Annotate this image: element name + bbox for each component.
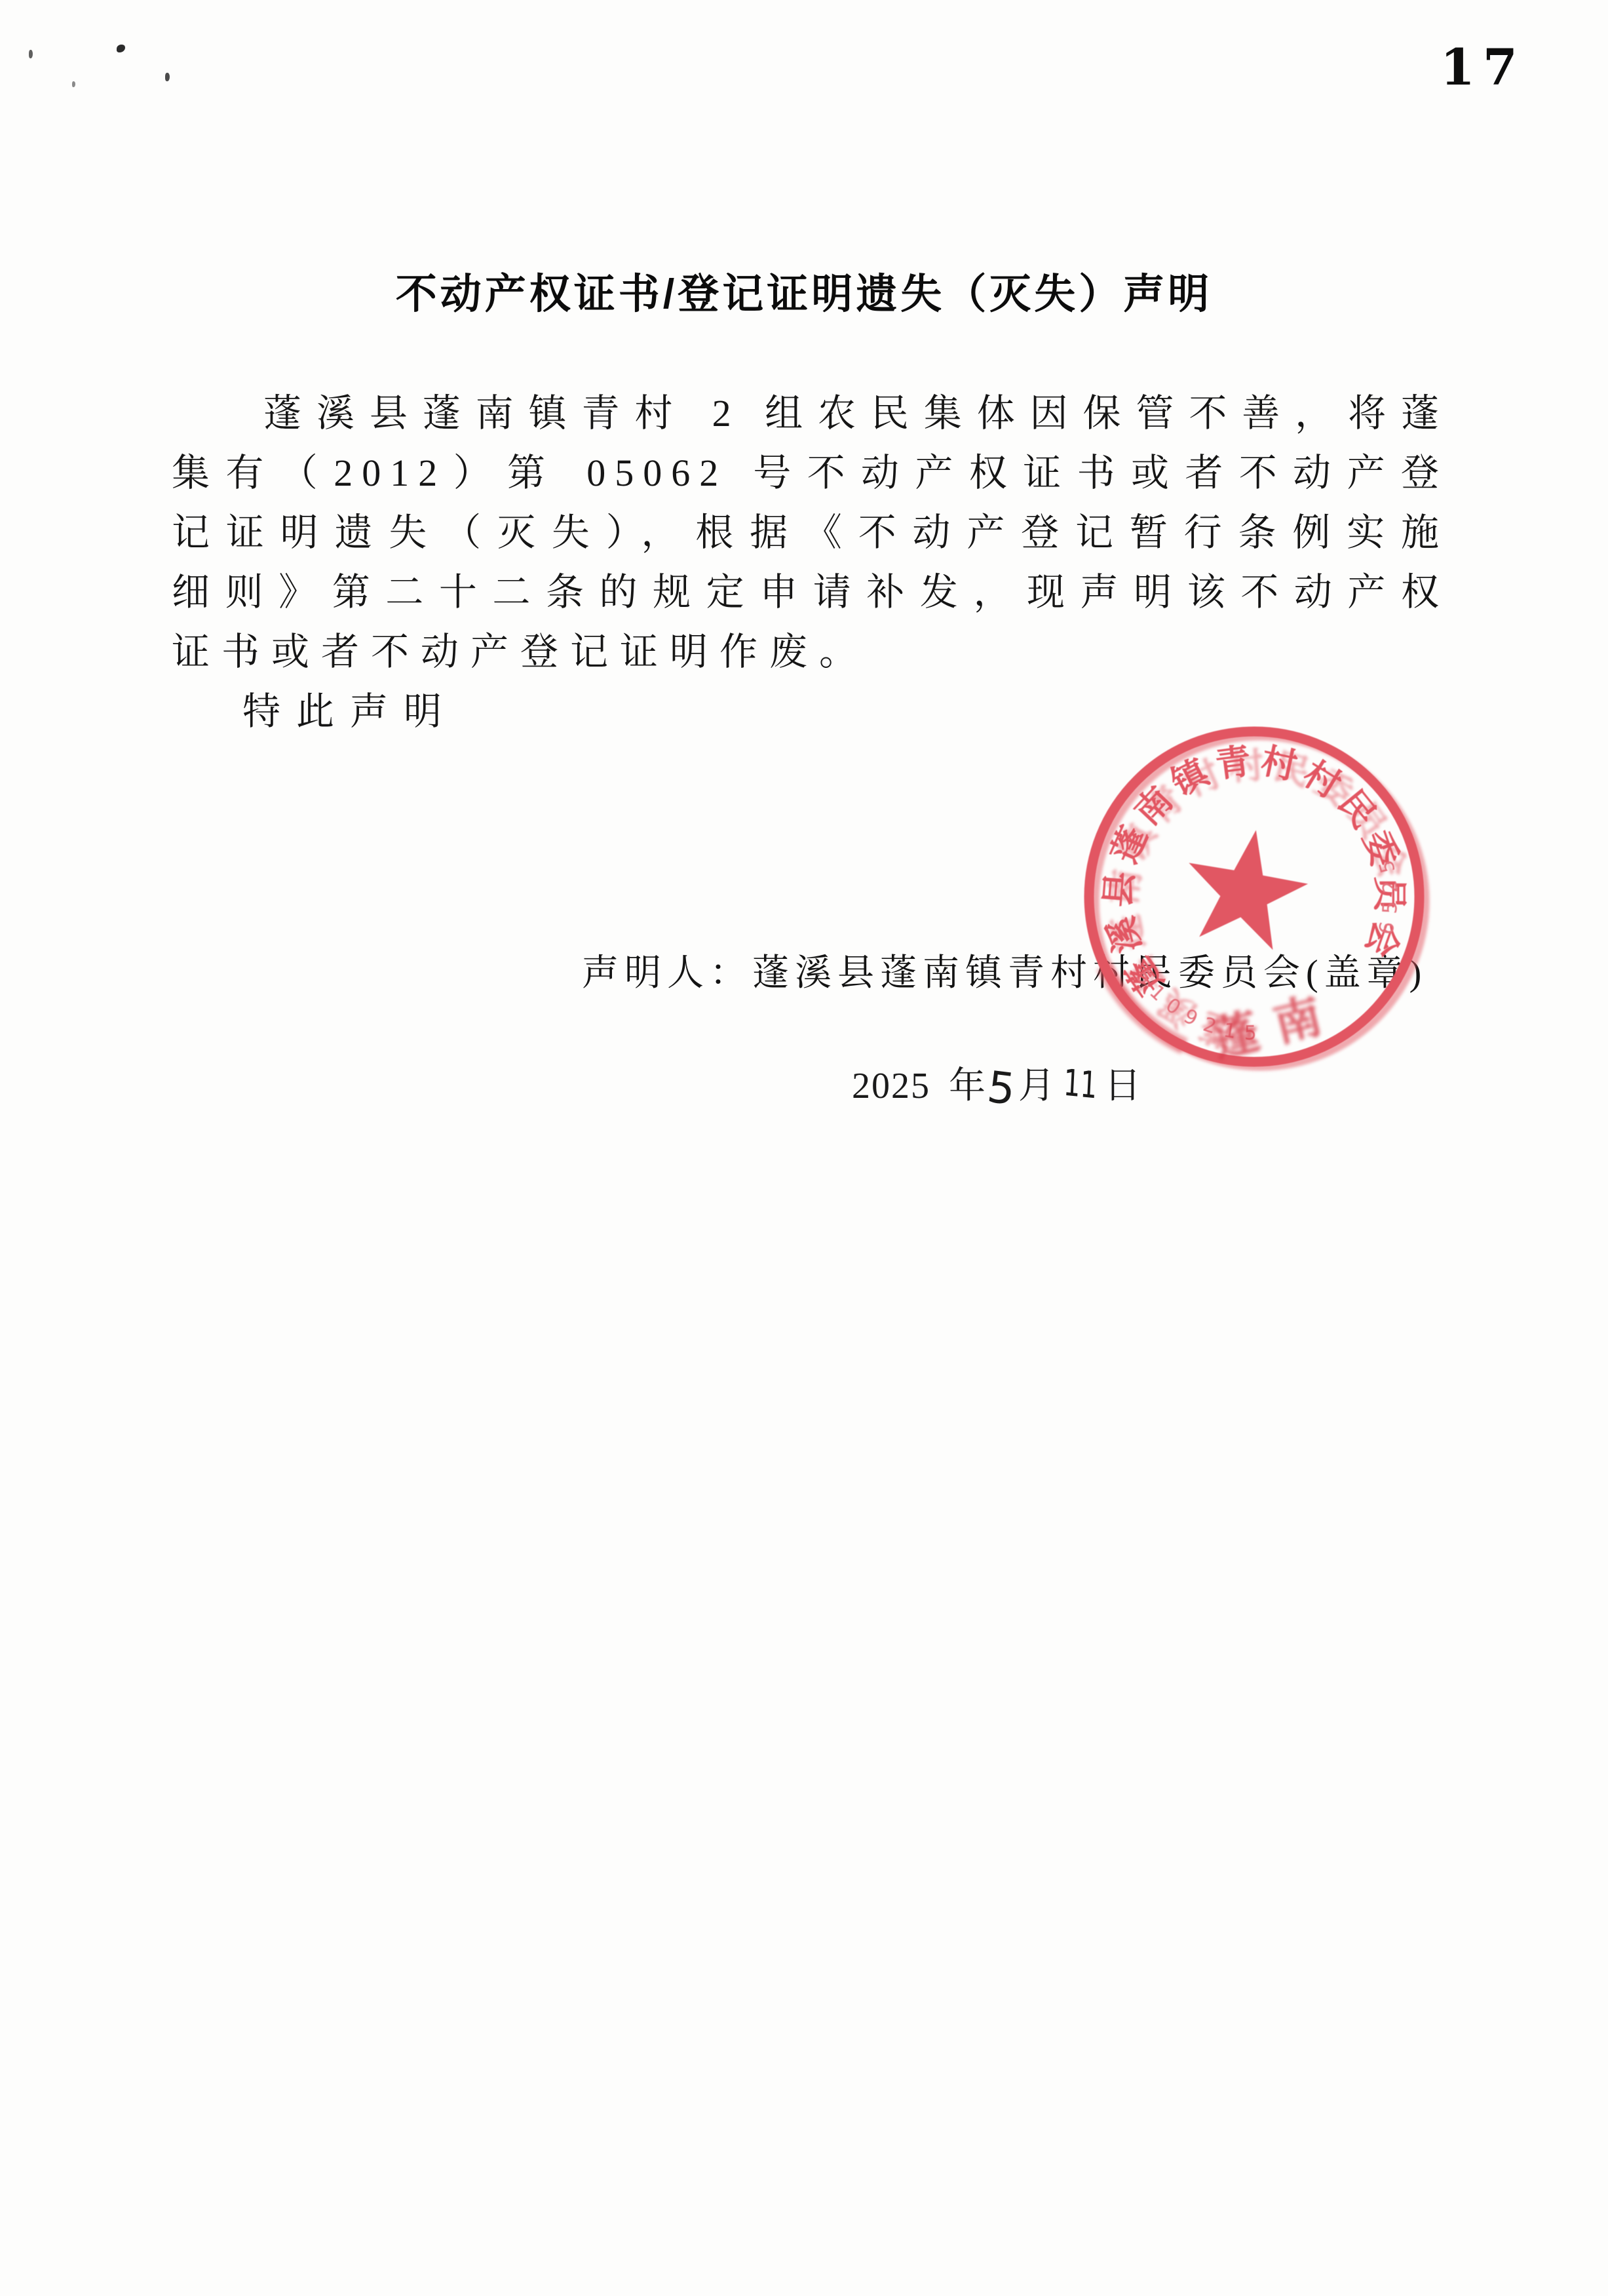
- body-line: 细则》第二十二条的规定申请补发，现声明该不动产权: [172, 562, 1448, 622]
- seal-serial-right: 6525: [1373, 849, 1403, 937]
- svg-text:蓬溪县蓬南镇青村村民委员会: 蓬溪县蓬南镇青村村民委员会: [1076, 718, 1432, 1075]
- date-day-unit: 日: [1104, 1066, 1142, 1106]
- official-seal: 蓬溪县蓬南镇青村村民委员会 蓬溪县蓬南镇青村村民委员会 5109215 6525…: [1076, 718, 1432, 1075]
- body-line: 集有（2012）第 05062 号不动产权证书或者不动产登: [172, 443, 1448, 503]
- scan-speck: [29, 50, 33, 58]
- body-paragraph: 蓬溪县蓬南镇青村 2 组农民集体因保管不善，将蓬 集有（2012）第 05062…: [172, 383, 1448, 741]
- body-line: 证书或者不动产登记证明作废。: [172, 622, 1448, 682]
- date-year: 2025: [852, 1066, 930, 1106]
- scanned-document-page: 17 不动产权证书/登记证明遗失（灭失）声明 蓬溪县蓬南镇青村 2 组农民集体因…: [0, 0, 1608, 2296]
- body-line: 记证明遗失（灭失），根据《不动产登记暂行条例实施: [172, 503, 1448, 562]
- seal-ring: [1089, 731, 1419, 1062]
- date-month-unit: 月: [1018, 1066, 1056, 1106]
- document-title: 不动产权证书/登记证明遗失（灭失）声明: [396, 261, 1213, 321]
- seal-star-icon: [1189, 830, 1308, 950]
- date-month-handwritten: 5: [984, 1062, 1019, 1116]
- body-line: 蓬溪县蓬南镇青村 2 组农民集体因保管不善，将蓬: [172, 383, 1448, 443]
- date-year-unit: 年: [949, 1066, 987, 1106]
- date-line: 2025年5月11日: [852, 1057, 1142, 1109]
- scan-speck: [117, 45, 125, 52]
- scan-speck: [165, 73, 170, 81]
- closing-statement: 特此声明: [172, 682, 1448, 741]
- seal-ghost-characters: 蓬南: [1206, 986, 1344, 1068]
- date-day-handwritten: 11: [1063, 1062, 1098, 1108]
- seal-ghost-impression: 蓬溪县蓬南镇青村村民委员会: [1076, 718, 1432, 1075]
- declarant-line: 声明人：蓬溪县蓬南镇青村村民委员会(盖章): [582, 944, 1427, 996]
- page-number: 17: [1440, 38, 1525, 96]
- scan-speck: [72, 81, 75, 87]
